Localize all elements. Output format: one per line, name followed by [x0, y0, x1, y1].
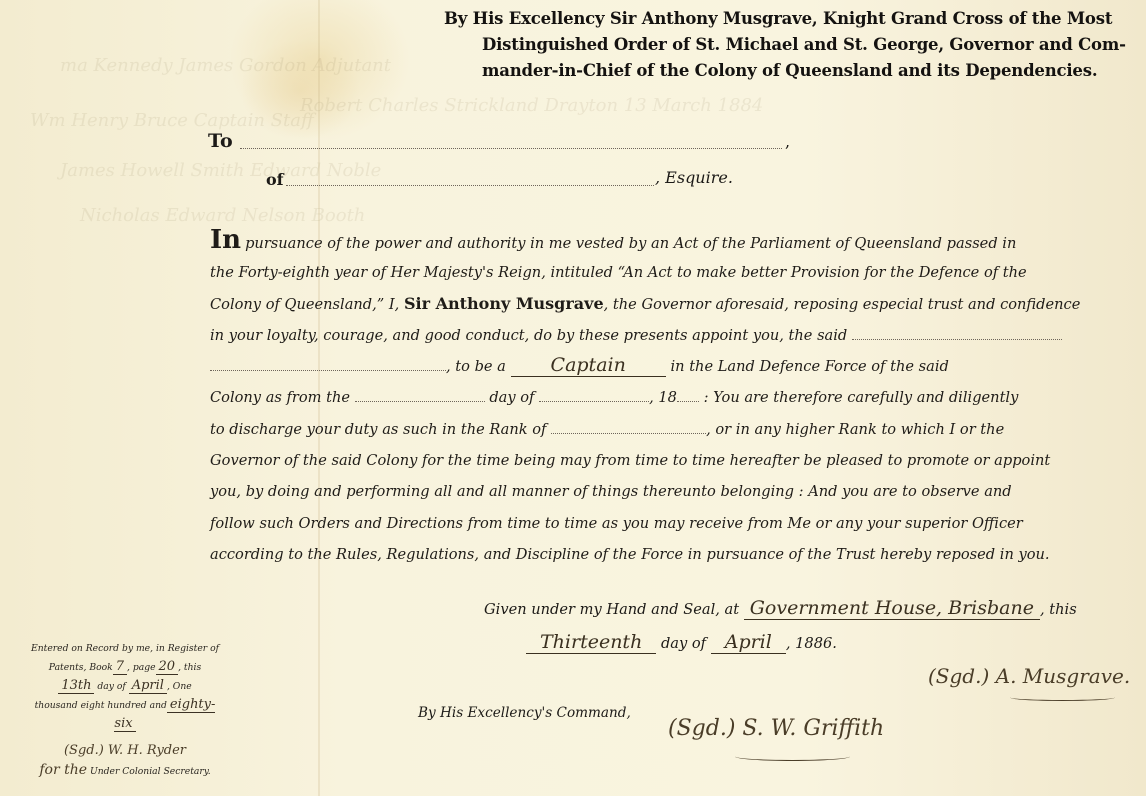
given-line: Given under my Hand and Seal, at Governm…	[484, 598, 1077, 618]
from-day-field[interactable]	[355, 387, 485, 402]
secretary-signature: (Sgd.) S. W. Griffith	[668, 716, 884, 741]
to-field[interactable]	[240, 148, 782, 149]
rank-field-filled[interactable]: Captain	[511, 354, 666, 377]
for-the-handwritten: for the	[39, 762, 87, 778]
body-line: Governor of the said Colony for the time…	[210, 445, 1075, 476]
book-number: 7	[113, 659, 127, 675]
page-number: 20	[156, 659, 179, 675]
heading-line-1: By His Excellency Sir Anthony Musgrave, …	[440, 6, 1080, 32]
of-field[interactable]	[286, 185, 654, 186]
commission-body: Inpursuance of the power and authority i…	[210, 226, 1075, 570]
bleed-through-text: James Howell Smith Edward Noble	[60, 160, 381, 181]
bleed-through-text: Wm Henry Bruce Captain Staff	[30, 110, 314, 131]
governor-signature: (Sgd.) A. Musgrave.	[928, 664, 1130, 688]
heading-line-3: mander-in-Chief of the Colony of Queensl…	[440, 58, 1080, 84]
bleed-through-text: Robert Charles Strickland Drayton 13 Mar…	[300, 95, 763, 116]
appointee-name-field-cont[interactable]	[210, 356, 446, 371]
signature-flourish	[735, 752, 850, 761]
body-line: , to be a Captain in the Land Defence Fo…	[210, 351, 1075, 382]
drop-cap: In	[210, 225, 241, 255]
body-line: Colony of Queensland,” I, Sir Anthony Mu…	[210, 289, 1075, 320]
appointee-name-field[interactable]	[852, 325, 1062, 340]
from-year-field[interactable]	[677, 387, 699, 402]
body-line: according to the Rules, Regulations, and…	[210, 539, 1075, 570]
governor-name: Sir Anthony Musgrave	[404, 294, 604, 313]
given-month-field-filled[interactable]: April	[711, 631, 786, 654]
from-month-field[interactable]	[539, 387, 649, 402]
record-note: Entered on Record by me, in Register of …	[30, 640, 220, 781]
body-line: Inpursuance of the power and authority i…	[210, 226, 1075, 257]
body-line: in your loyalty, courage, and good condu…	[210, 320, 1075, 351]
given-date-line: Thirteenth day of April, 1886.	[526, 632, 837, 652]
signature-flourish	[1010, 694, 1115, 701]
heading-line-2: Distinguished Order of St. Michael and S…	[440, 32, 1080, 58]
of-label: of	[266, 170, 284, 189]
rank-of-field[interactable]	[551, 419, 706, 434]
given-day-field-filled[interactable]: Thirteenth	[526, 631, 656, 654]
body-line: to discharge your duty as such in the Ra…	[210, 414, 1075, 445]
body-line: the Forty-eighth year of Her Majesty's R…	[210, 257, 1075, 288]
document-heading: By His Excellency Sir Anthony Musgrave, …	[440, 6, 1080, 84]
ryder-signature: (Sgd.) W. H. Ryder	[64, 743, 186, 758]
esquire-label: , Esquire.	[655, 168, 733, 187]
record-month: April	[129, 678, 167, 694]
bleed-through-text: ma Kennedy James Gordon Adjutant	[60, 55, 391, 76]
command-label: By His Excellency's Command,	[418, 705, 631, 721]
to-label: To	[208, 130, 233, 152]
body-line: you, by doing and performing all and all…	[210, 476, 1075, 507]
bleed-through-text: Nicholas Edward Nelson Booth	[80, 205, 365, 226]
to-comma: ,	[785, 132, 790, 151]
record-day: 13th	[58, 678, 94, 694]
place-field-filled[interactable]: Government House, Brisbane	[744, 597, 1040, 620]
body-line: Colony as from the day of , 18 : You are…	[210, 382, 1075, 413]
body-line: follow such Orders and Directions from t…	[210, 508, 1075, 539]
